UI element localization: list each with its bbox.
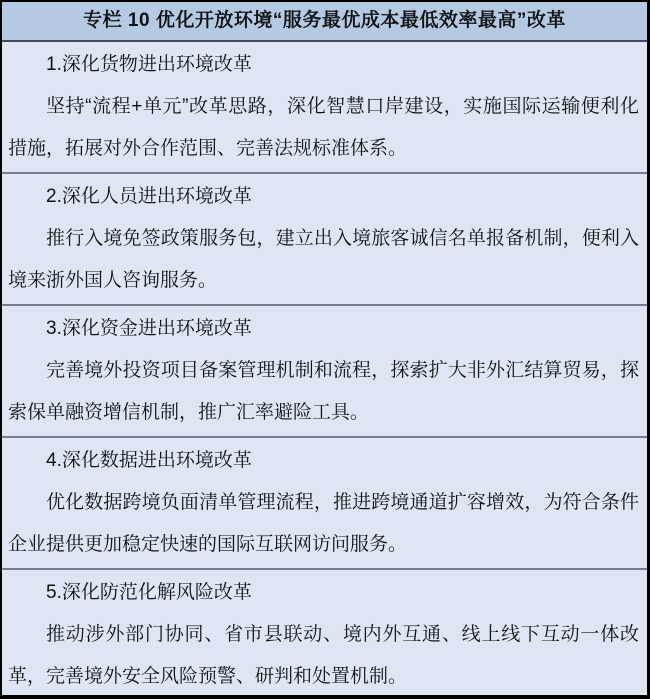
section-3: 3.深化资金进出环境改革 完善境外投资项目备案管理机制和流程，探索扩大非外汇结算… — [2, 304, 647, 436]
section-3-body: 完善境外投资项目备案管理机制和流程，探索扩大非外汇结算贸易，探索保单融资增信机制… — [8, 350, 639, 434]
section-4: 4.深化数据进出环境改革 优化数据跨境负面清单管理流程，推进跨境通道扩容增效，为… — [2, 436, 647, 568]
section-4-body: 优化数据跨境负面清单管理流程，推进跨境通道扩容增效，为符合条件企业提供更加稳定快… — [8, 482, 639, 566]
section-5-body: 推动涉外部门协同、省市县联动、境内外互通、线上线下互动一体改革，完善境外安全风险… — [8, 614, 639, 698]
section-5: 5.深化防范化解风险改革 推动涉外部门协同、省市县联动、境内外互通、线上线下互动… — [2, 568, 647, 699]
section-3-heading: 3.深化资金进出环境改革 — [8, 308, 639, 350]
section-4-heading: 4.深化数据进出环境改革 — [8, 440, 639, 482]
column-box: 专栏 10 优化开放环境“服务最优成本最低效率最高”改革 1.深化货物进出环境改… — [0, 0, 650, 699]
section-5-heading: 5.深化防范化解风险改革 — [8, 572, 639, 614]
section-1: 1.深化货物进出环境改革 坚持“流程+单元”改革思路，深化智慧口岸建设，实施国际… — [2, 42, 647, 172]
section-1-body: 坚持“流程+单元”改革思路，深化智慧口岸建设，实施国际运输便利化措施，拓展对外合… — [8, 86, 639, 170]
section-2-body: 推行入境免签政策服务包，建立出入境旅客诚信名单报备机制，便利入境来浙外国人咨询服… — [8, 218, 639, 302]
section-2: 2.深化人员进出环境改革 推行入境免签政策服务包，建立出入境旅客诚信名单报备机制… — [2, 172, 647, 304]
section-1-heading: 1.深化货物进出环境改革 — [8, 44, 639, 86]
section-2-heading: 2.深化人员进出环境改革 — [8, 176, 639, 218]
box-title: 专栏 10 优化开放环境“服务最优成本最低效率最高”改革 — [2, 2, 647, 42]
